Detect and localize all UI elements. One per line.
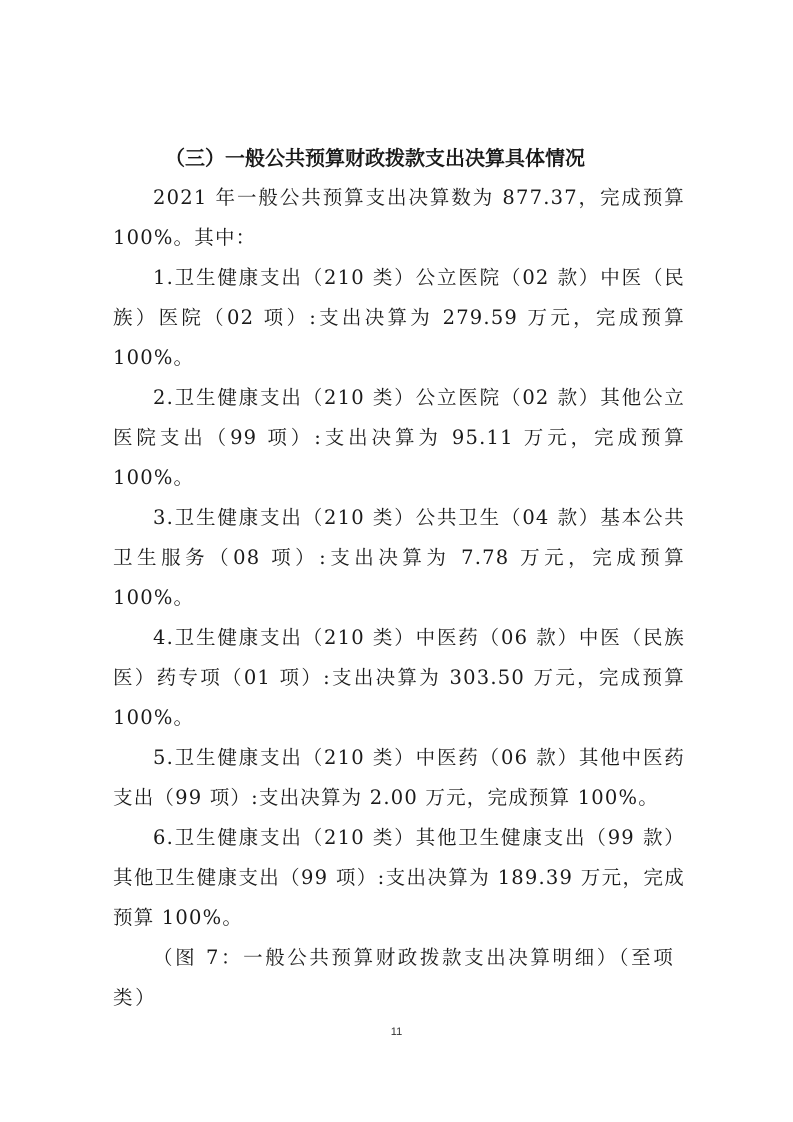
section-heading: （三）一般公共预算财政拨款支出决算具体情况 (113, 138, 685, 178)
document-page: （三）一般公共预算财政拨款支出决算具体情况 2021 年一般公共预算支出决算数为… (113, 138, 685, 1018)
expenditure-item: 3.卫生健康支出（210 类）公共卫生（04 款）基本公共卫生服务（08 项）:… (113, 498, 685, 618)
expenditure-item: 6.卫生健康支出（210 类）其他卫生健康支出（99 款）其他卫生健康支出（99… (113, 818, 685, 938)
expenditure-item: 5.卫生健康支出（210 类）中医药（06 款）其他中医药支出（99 项）:支出… (113, 738, 685, 818)
expenditure-item: 4.卫生健康支出（210 类）中医药（06 款）中医（民族医）药专项（01 项）… (113, 618, 685, 738)
page-number: 11 (0, 1026, 793, 1038)
expenditure-item: 1.卫生健康支出（210 类）公立医院（02 款）中医（民族）医院（02 项）:… (113, 258, 685, 378)
expenditure-item: 2.卫生健康支出（210 类）公立医院（02 款）其他公立医院支出（99 项）:… (113, 378, 685, 498)
intro-paragraph: 2021 年一般公共预算支出决算数为 877.37，完成预算100%。其中： (113, 178, 685, 258)
figure-caption: （图 7：一般公共预算财政拨款支出决算明细）（至项类） (113, 938, 685, 1018)
